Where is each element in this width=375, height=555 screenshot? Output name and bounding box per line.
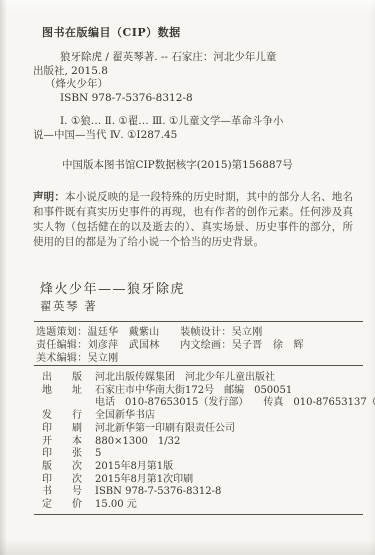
- disclaimer-label: 声明：: [33, 191, 65, 203]
- pub-label: 印 刷: [42, 423, 95, 436]
- credits-line-1: 选题策划：温廷华 戴紫山 装帧设计：吴立刚: [36, 326, 304, 339]
- series-book-title: 烽火少年——狼牙除虎: [40, 278, 185, 297]
- pub-value: 2015年8月第1次印刷: [95, 474, 193, 485]
- pub-label: 书 号: [42, 486, 95, 499]
- pub-row-distribution: 发 行全国新华书店: [42, 410, 375, 423]
- pub-value: 15.00 元: [95, 499, 137, 510]
- pub-row-sheets: 印 张5: [42, 448, 375, 461]
- cip-record-number: 中国版本图书馆CIP数据核字(2015)第156887号: [62, 157, 293, 172]
- pub-label: 印 张: [42, 448, 95, 461]
- pub-value: ISBN 978-7-5376-8312-8: [95, 486, 221, 497]
- pub-row-price: 定 价15.00 元: [42, 499, 375, 512]
- pub-row-format: 开 本880×1300 1/32: [42, 436, 375, 449]
- pub-value: 石家庄市中华南大街172号 邮编 050051: [95, 385, 292, 396]
- pub-row-edition: 版 次2015年8月第1版: [42, 461, 375, 474]
- cip-line-3: （烽火少年）: [33, 78, 365, 92]
- pub-label: 版 次: [42, 461, 95, 474]
- pub-row-publisher: 出 版河北出版传媒集团 河北少年儿童出版社: [42, 372, 375, 385]
- horizontal-rule-top: [34, 321, 363, 322]
- pub-value: 河北出版传媒集团 河北少年儿童出版社: [95, 372, 275, 383]
- pub-label: 定 价: [42, 499, 95, 512]
- disclaimer-text: 本小说反映的是一段特殊的历史时期，其中的部分人名、地名和事件既有真实历史事件的再…: [33, 191, 353, 248]
- author-line: 翟英琴 著: [40, 298, 97, 314]
- classification-line-1: Ⅰ. ①狼… Ⅱ. ①翟… Ⅲ. ①儿童文学—革命斗争小: [33, 115, 365, 129]
- pub-row-printer: 印 刷河北新华第一印刷有限责任公司: [42, 423, 375, 436]
- credits-block: 选题策划：温廷华 戴紫山 装帧设计：吴立刚 责任编辑：刘彦萍 武国林 内文绘画：…: [36, 326, 304, 365]
- cip-line-1: 狼牙除虎 / 翟英琴著. -- 石家庄：河北少年儿童: [33, 51, 365, 65]
- pub-label: 地 址: [42, 385, 95, 398]
- pub-value: 全国新华书店: [95, 410, 155, 421]
- pub-row-isbn: 书 号ISBN 978-7-5376-8312-8: [42, 486, 375, 499]
- pub-row-impression: 印 次2015年8月第1次印刷: [42, 474, 375, 487]
- cip-line-2: 出版社, 2015.8: [33, 65, 365, 79]
- cip-line-4: ISBN 978-7-5376-8312-8: [33, 92, 365, 106]
- pub-value: 2015年8月第1版: [95, 461, 173, 472]
- pub-label: 开 本: [42, 436, 95, 449]
- pub-label: 印 次: [42, 474, 95, 487]
- pub-value: 5: [95, 448, 101, 459]
- disclaimer-paragraph: 声明：本小说反映的是一段特殊的历史时期，其中的部分人名、地名和事件既有真实历史事…: [33, 190, 353, 250]
- horizontal-rule-bottom: [34, 514, 363, 515]
- cip-header: 图书在版编目（CIP）数据: [42, 24, 181, 40]
- pub-row-address: 地 址石家庄市中华南大街172号 邮编 050051: [42, 385, 375, 398]
- pub-label: 发 行: [42, 410, 95, 423]
- cip-description-block: 狼牙除虎 / 翟英琴著. -- 石家庄：河北少年儿童 出版社, 2015.8 （…: [33, 51, 365, 105]
- cip-classification-block: Ⅰ. ①狼… Ⅱ. ①翟… Ⅲ. ①儿童文学—革命斗争小 说—中国—当代 Ⅳ. …: [33, 115, 365, 142]
- pub-value: 880×1300 1/32: [95, 436, 180, 447]
- credits-line-3: 美术编辑：吴立刚: [36, 352, 304, 365]
- pub-value: 电话 010-87653015（发行部） 传真 010-87653137（发行部…: [95, 397, 375, 408]
- pub-value: 河北新华第一印刷有限责任公司: [95, 423, 235, 434]
- classification-line-2: 说—中国—当代 Ⅳ. ①I287.45: [33, 129, 365, 143]
- horizontal-rule-middle: [34, 365, 363, 366]
- credits-line-2: 责任编辑：刘彦萍 武国林 内文绘画：吴子晋 徐 辉: [36, 339, 304, 352]
- pub-row-phone-fax: 电话 010-87653015（发行部） 传真 010-87653137（发行部…: [42, 397, 375, 410]
- publication-info-block: 出 版河北出版传媒集团 河北少年儿童出版社 地 址石家庄市中华南大街172号 邮…: [42, 372, 375, 512]
- pub-label: 出 版: [42, 372, 95, 385]
- copyright-page: 图书在版编目（CIP）数据 狼牙除虎 / 翟英琴著. -- 石家庄：河北少年儿童…: [0, 0, 375, 555]
